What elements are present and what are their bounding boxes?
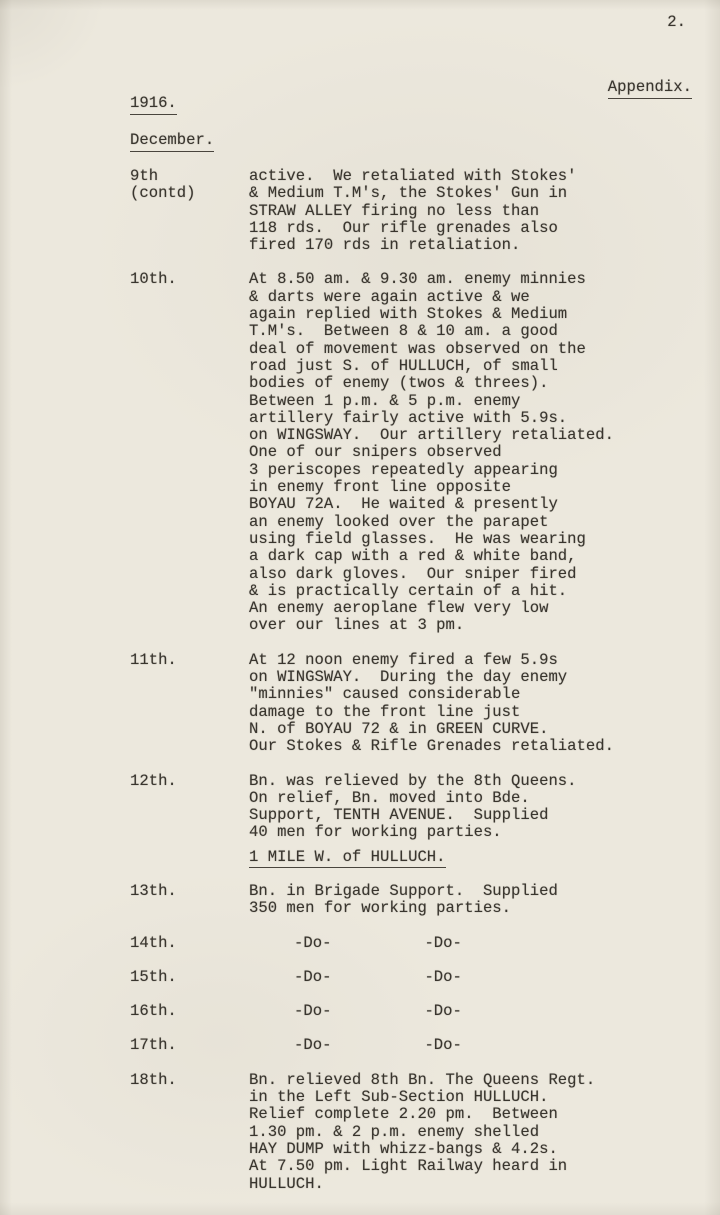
- ditto-mark: -Do-: [294, 935, 331, 952]
- entry-line: Relief complete 2.20 pm. Between: [249, 1106, 696, 1123]
- entry-date-line: 9th: [130, 168, 249, 185]
- page-number: 2.: [667, 14, 686, 31]
- entry-line: 40 men for working parties.: [249, 824, 696, 841]
- entry-line: T.M's. Between 8 & 10 am. a good: [249, 323, 696, 340]
- entry-date-line: 12th.: [130, 773, 249, 790]
- entry-line: HULLUCH.: [249, 1176, 696, 1193]
- entry-body: -Do--Do-: [249, 1003, 696, 1020]
- entry-date: 13th.: [130, 883, 249, 900]
- entry-date: 12th.: [130, 773, 249, 790]
- entry-line: using field glasses. He was wearing: [249, 531, 696, 548]
- entry-line: Bn. relieved 8th Bn. The Queens Regt.: [249, 1072, 696, 1089]
- entry-line: fired 170 rds in retaliation.: [249, 237, 696, 254]
- entry-row: 12th.Bn. was relieved by the 8th Queens.…: [130, 773, 696, 842]
- entry-line: bodies of enemy (twos & threes).: [249, 375, 696, 392]
- entry-line: also dark gloves. Our sniper fired: [249, 566, 696, 583]
- entry-date-line: 14th.: [130, 935, 249, 952]
- entry-line: on WINGSWAY. Our artillery retaliated.: [249, 427, 696, 444]
- entry-body: -Do--Do-: [249, 969, 696, 986]
- diary-page: 2. Appendix. 1916. December. 9th(contd)a…: [0, 0, 720, 1215]
- entry-row: 18th.Bn. relieved 8th Bn. The Queens Reg…: [130, 1072, 696, 1193]
- entry-date: 16th.: [130, 1003, 249, 1020]
- entry-line: One of our snipers observed: [249, 444, 696, 461]
- appendix-heading-text: Appendix.: [608, 78, 692, 99]
- entry-line: damage to the front line just: [249, 704, 696, 721]
- diary-entries: 9th(contd)active. We retaliated with Sto…: [130, 168, 696, 1210]
- appendix-heading: Appendix.: [608, 79, 692, 96]
- ditto-mark: -Do-: [294, 969, 331, 986]
- entry-line: artillery fairly active with 5.9s.: [249, 410, 696, 427]
- entry-line: a dark cap with a red & white band,: [249, 548, 696, 565]
- entry-row: 17th.-Do--Do-: [130, 1037, 696, 1054]
- entry-row: 1 MILE W. of HULLUCH.: [130, 849, 696, 866]
- entry-line: again replied with Stokes & Medium: [249, 306, 696, 323]
- entry-date: 17th.: [130, 1037, 249, 1054]
- entry-line: HAY DUMP with whizz-bangs & 4.2s.: [249, 1141, 696, 1158]
- entry-body: active. We retaliated with Stokes'& Medi…: [249, 168, 696, 254]
- entry-date: 18th.: [130, 1072, 249, 1089]
- entry-line: N. of BOYAU 72 & in GREEN CURVE.: [249, 721, 696, 738]
- entry-date-line: 13th.: [130, 883, 249, 900]
- entry-line: At 8.50 am. & 9.30 am. enemy minnies: [249, 271, 696, 288]
- entry-line: 350 men for working parties.: [249, 900, 696, 917]
- entry-line: Bn. was relieved by the 8th Queens.: [249, 773, 696, 790]
- ditto-mark: -Do-: [294, 1037, 331, 1054]
- entry-date: 11th.: [130, 652, 249, 669]
- entry-line: An enemy aeroplane flew very low: [249, 600, 696, 617]
- entry-row: 10th.At 8.50 am. & 9.30 am. enemy minnie…: [130, 271, 696, 634]
- month-heading-text: December.: [130, 131, 214, 152]
- entry-line: an enemy looked over the parapet: [249, 514, 696, 531]
- entry-body: At 12 noon enemy fired a few 5.9son WING…: [249, 652, 696, 756]
- entry-row: 9th(contd)active. We retaliated with Sto…: [130, 168, 696, 254]
- entry-row: 11th.At 12 noon enemy fired a few 5.9son…: [130, 652, 696, 756]
- entry-body: Bn. was relieved by the 8th Queens.On re…: [249, 773, 696, 842]
- entry-date-line: 17th.: [130, 1037, 249, 1054]
- entry-row: 16th.-Do--Do-: [130, 1003, 696, 1020]
- year-heading: 1916.: [130, 95, 177, 112]
- entry-body: -Do--Do-: [249, 1037, 696, 1054]
- entry-body: Bn. in Brigade Support. Supplied350 men …: [249, 883, 696, 918]
- entry-line: Support, TENTH AVENUE. Supplied: [249, 807, 696, 824]
- entry-body: -Do--Do-: [249, 935, 696, 952]
- entry-line: 1.30 pm. & 2 p.m. enemy shelled: [249, 1124, 696, 1141]
- entry-line: over our lines at 3 pm.: [249, 617, 696, 634]
- entry-row: 14th.-Do--Do-: [130, 935, 696, 952]
- entry-date-line: 18th.: [130, 1072, 249, 1089]
- entry-date-line: (contd): [130, 185, 249, 202]
- entry-line: in the Left Sub-Section HULLUCH.: [249, 1089, 696, 1106]
- entry-date-line: 11th.: [130, 652, 249, 669]
- ditto-mark: -Do-: [424, 969, 461, 986]
- entry-row: 13th.Bn. in Brigade Support. Supplied350…: [130, 883, 696, 918]
- entry-line: Our Stokes & Rifle Grenades retaliated.: [249, 738, 696, 755]
- entry-line: At 7.50 pm. Light Railway heard in: [249, 1158, 696, 1175]
- entry-date: 10th.: [130, 271, 249, 288]
- entry-line: At 12 noon enemy fired a few 5.9s: [249, 652, 696, 669]
- entry-line: BOYAU 72A. He waited & presently: [249, 496, 696, 513]
- entry-line: road just S. of HULLUCH, of small: [249, 358, 696, 375]
- section-heading: 1 MILE W. of HULLUCH.: [249, 849, 696, 866]
- ditto-mark: -Do-: [424, 1037, 461, 1054]
- entry-line: 118 rds. Our rifle grenades also: [249, 220, 696, 237]
- entry-body: Bn. relieved 8th Bn. The Queens Regt.in …: [249, 1072, 696, 1193]
- entry-date-line: 15th.: [130, 969, 249, 986]
- entry-line: & is practically certain of a hit.: [249, 583, 696, 600]
- entry-line: active. We retaliated with Stokes': [249, 168, 696, 185]
- entry-line: Bn. in Brigade Support. Supplied: [249, 883, 696, 900]
- entry-line: 3 periscopes repeatedly appearing: [249, 462, 696, 479]
- entry-date: 14th.: [130, 935, 249, 952]
- ditto-mark: -Do-: [294, 1003, 331, 1020]
- entry-line: On relief, Bn. moved into Bde.: [249, 790, 696, 807]
- entry-date: 15th.: [130, 969, 249, 986]
- entry-line: & Medium T.M's, the Stokes' Gun in: [249, 185, 696, 202]
- entry-line: "minnies" caused considerable: [249, 686, 696, 703]
- ditto-mark: -Do-: [424, 1003, 461, 1020]
- entry-line: STRAW ALLEY firing no less than: [249, 203, 696, 220]
- entry-body: At 8.50 am. & 9.30 am. enemy minnies& da…: [249, 271, 696, 634]
- entry-line: in enemy front line opposite: [249, 479, 696, 496]
- month-heading: December.: [130, 132, 214, 149]
- entry-row: 15th.-Do--Do-: [130, 969, 696, 986]
- entry-line: on WINGSWAY. During the day enemy: [249, 669, 696, 686]
- section-heading-text: 1 MILE W. of HULLUCH.: [249, 848, 446, 869]
- ditto-mark: -Do-: [424, 935, 461, 952]
- entry-line: deal of movement was observed on the: [249, 341, 696, 358]
- entry-line: Between 1 p.m. & 5 p.m. enemy: [249, 393, 696, 410]
- entry-date-line: 16th.: [130, 1003, 249, 1020]
- entry-line: & darts were again active & we: [249, 289, 696, 306]
- year-heading-text: 1916.: [130, 94, 177, 115]
- entry-date-line: 10th.: [130, 271, 249, 288]
- entry-date: 9th(contd): [130, 168, 249, 203]
